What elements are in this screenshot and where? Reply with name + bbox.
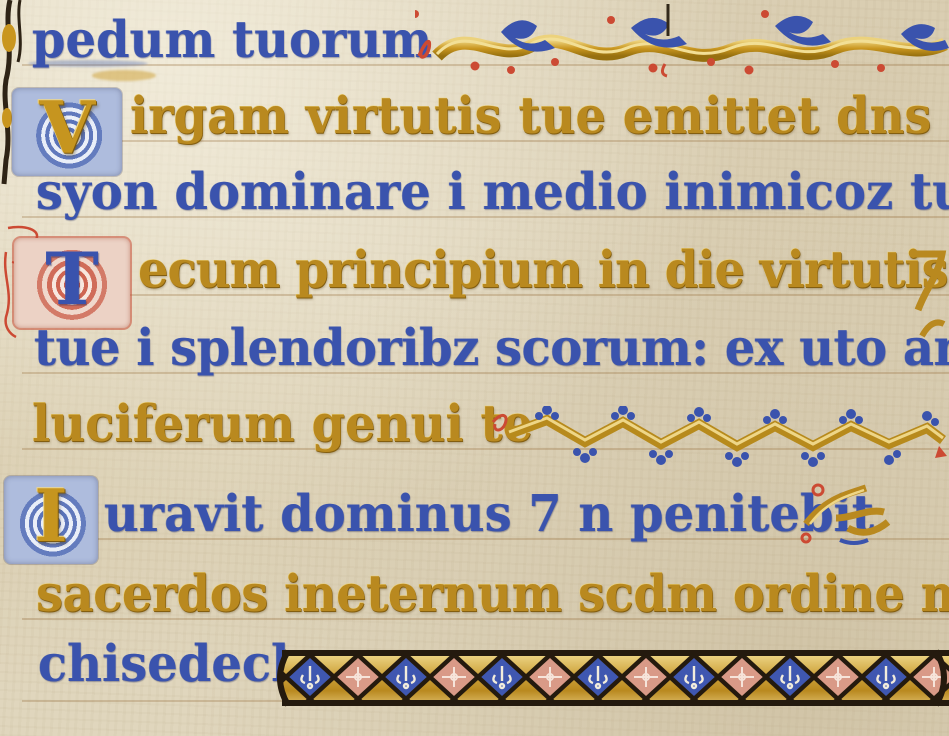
blue-dash — [840, 540, 868, 543]
red-terminal — [935, 446, 947, 458]
initial-letter: I — [34, 480, 68, 552]
red-curl — [419, 42, 429, 57]
text-line-1: pedum tuorum — [32, 12, 432, 68]
initial-letter: T — [45, 243, 99, 315]
gold-sprig-flourish — [796, 478, 892, 550]
lozenge-band-filler — [272, 646, 949, 710]
gold-hook-flourish — [908, 246, 948, 316]
zigzag-line-filler — [487, 406, 949, 472]
text-line-3: syon dominare i medio inimicoz tuoz — [36, 164, 949, 220]
gold-tick — [918, 316, 948, 342]
initial-letter: V — [39, 92, 95, 164]
initial-I-gold-on-blue-filigree: I — [4, 476, 98, 564]
text-line-4: ecum principium in die virtutis — [138, 242, 948, 298]
margin-gold-leaf — [2, 24, 16, 52]
manuscript-page: V T I pedum tuorum irgam virtutis tue em… — [0, 0, 949, 736]
text-line-8: sacerdos ineternum scdm ordine mel — [36, 566, 949, 622]
red-curl — [493, 415, 506, 430]
text-line-6: luciferum genui te — [32, 396, 533, 452]
red-dot — [802, 534, 810, 542]
text-line-2: irgam virtutis tue emittet dns ex — [130, 88, 949, 144]
vine-line-filler — [415, 4, 949, 80]
text-line-7: uravit dominus 7 n penitebit — [104, 486, 874, 542]
text-line-5: tue i splendoribz scorum: ex uto an — [34, 320, 949, 376]
initial-T-blue-on-red-penwork: T — [14, 238, 130, 328]
text-line-9: chisedech — [38, 636, 306, 692]
red-dot — [813, 485, 823, 495]
gold-smudge — [92, 70, 156, 81]
